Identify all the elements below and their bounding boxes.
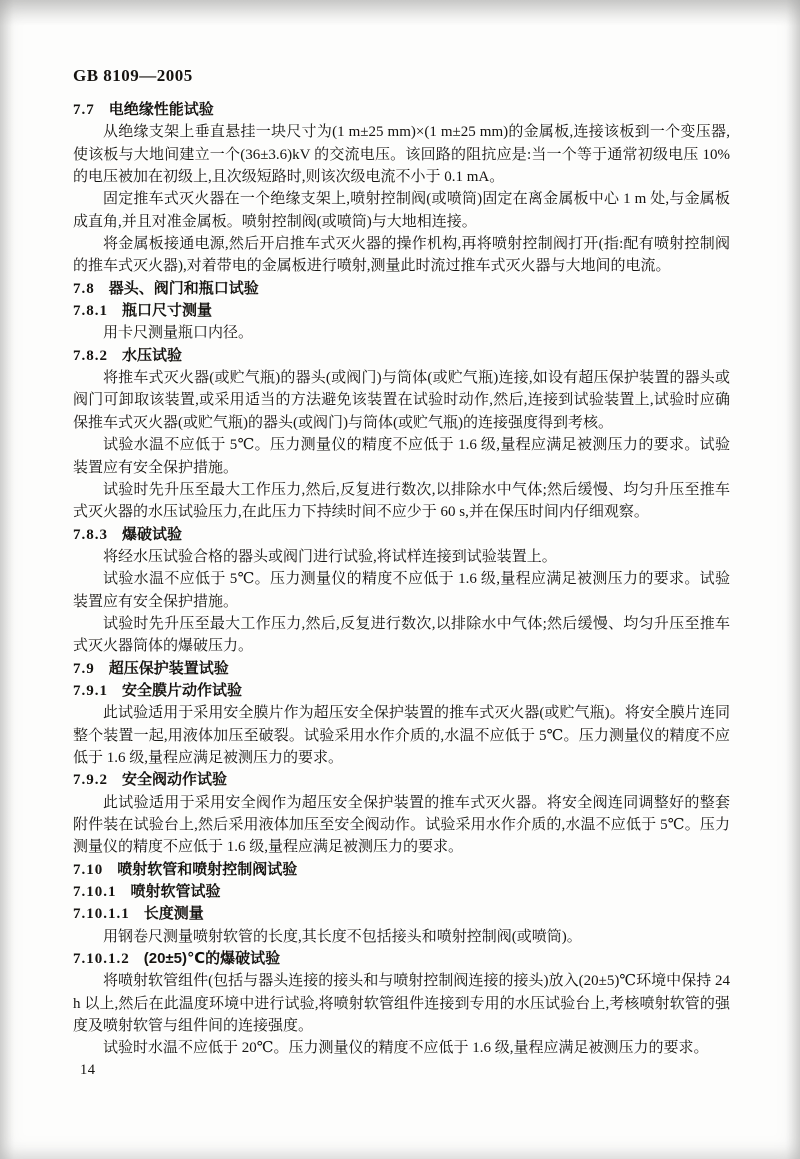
paragraph: 从绝缘支架上垂直悬挂一块尺寸为(1 m±25 mm)×(1 m±25 mm)的金…: [73, 121, 730, 188]
section-title: (20±5)℃的爆破试验: [144, 950, 280, 967]
section-title: 瓶口尺寸测量: [122, 302, 212, 319]
section-title: 水压试验: [122, 347, 182, 364]
paragraph: 试验时先升压至最大工作压力,然后,反复进行数次,以排除水中气体;然后缓慢、均匀升…: [73, 479, 730, 524]
section-title: 安全阀动作试验: [122, 771, 227, 788]
section-number: 7.8.1: [73, 303, 108, 319]
paragraph: 试验时水温不应低于 20℃。压力测量仪的精度不应低于 1.6 级,量程应满足被测…: [73, 1037, 730, 1059]
section-number: 7.9.2: [73, 772, 108, 788]
paragraph: 用卡尺测量瓶口内径。: [73, 322, 730, 344]
section-title: 爆破试验: [122, 526, 182, 543]
section-heading: 7.8.2水压试验: [73, 345, 730, 367]
section-title: 超压保护装置试验: [109, 660, 229, 677]
page-number: 14: [80, 1062, 96, 1079]
paragraph: 此试验适用于采用安全膜片作为超压安全保护装置的推车式灭火器(或贮气瓶)。将安全膜…: [73, 702, 730, 769]
section-number: 7.7: [73, 102, 95, 118]
paragraph: 试验水温不应低于 5℃。压力测量仪的精度不应低于 1.6 级,量程应满足被测压力…: [73, 434, 730, 479]
section-title: 器头、阀门和瓶口试验: [109, 280, 259, 297]
section-heading: 7.10.1喷射软管试验: [73, 881, 730, 903]
section-number: 7.9: [73, 661, 95, 677]
paragraph: 将推车式灭火器(或贮气瓶)的器头(或阀门)与筒体(或贮气瓶)连接,如设有超压保护…: [73, 367, 730, 434]
document-page: GB 8109—2005 7.7电绝缘性能试验从绝缘支架上垂直悬挂一块尺寸为(1…: [0, 0, 800, 1159]
standard-number-header: GB 8109—2005: [73, 66, 193, 86]
section-heading: 7.10喷射软管和喷射控制阀试验: [73, 859, 730, 881]
section-number: 7.8: [73, 281, 95, 297]
section-heading: 7.8.3爆破试验: [73, 524, 730, 546]
section-heading: 7.9超压保护装置试验: [73, 658, 730, 680]
paragraph: 此试验适用于采用安全阀作为超压安全保护装置的推车式灭火器。将安全阀连同调整好的整…: [73, 792, 730, 859]
paragraph: 试验时先升压至最大工作压力,然后,反复进行数次,以排除水中气体;然后缓慢、均匀升…: [73, 613, 730, 658]
paragraph: 试验水温不应低于 5℃。压力测量仪的精度不应低于 1.6 级,量程应满足被测压力…: [73, 568, 730, 613]
section-heading: 7.9.1安全膜片动作试验: [73, 680, 730, 702]
section-heading: 7.8.1瓶口尺寸测量: [73, 300, 730, 322]
section-number: 7.10: [73, 862, 103, 878]
section-title: 电绝缘性能试验: [109, 101, 214, 118]
section-heading: 7.8器头、阀门和瓶口试验: [73, 278, 730, 300]
section-number: 7.10.1: [73, 884, 117, 900]
section-title: 喷射软管和喷射控制阀试验: [117, 861, 297, 878]
section-number: 7.8.2: [73, 348, 108, 364]
paragraph: 将金属板接通电源,然后开启推车式灭火器的操作机构,再将喷射控制阀打开(指:配有喷…: [73, 233, 730, 278]
document-body: 7.7电绝缘性能试验从绝缘支架上垂直悬挂一块尺寸为(1 m±25 mm)×(1 …: [73, 99, 730, 1060]
section-number: 7.9.1: [73, 683, 108, 699]
paragraph: 将喷射软管组件(包括与器头连接的接头和与喷射控制阀连接的接头)放入(20±5)℃…: [73, 970, 730, 1037]
section-number: 7.8.3: [73, 527, 108, 543]
section-heading: 7.7电绝缘性能试验: [73, 99, 730, 121]
paragraph: 将经水压试验合格的器头或阀门进行试验,将试样连接到试验装置上。: [73, 546, 730, 568]
paragraph: 固定推车式灭火器在一个绝缘支架上,喷射控制阀(或喷筒)固定在离金属板中心 1 m…: [73, 188, 730, 233]
paragraph: 用钢卷尺测量喷射软管的长度,其长度不包括接头和喷射控制阀(或喷筒)。: [73, 926, 730, 948]
section-title: 安全膜片动作试验: [122, 682, 242, 699]
section-title: 长度测量: [144, 905, 204, 922]
section-heading: 7.10.1.2(20±5)℃的爆破试验: [73, 948, 730, 970]
section-number: 7.10.1.1: [73, 906, 130, 922]
section-heading: 7.9.2安全阀动作试验: [73, 769, 730, 791]
section-heading: 7.10.1.1长度测量: [73, 903, 730, 925]
section-title: 喷射软管试验: [131, 883, 221, 900]
section-number: 7.10.1.2: [73, 951, 130, 967]
